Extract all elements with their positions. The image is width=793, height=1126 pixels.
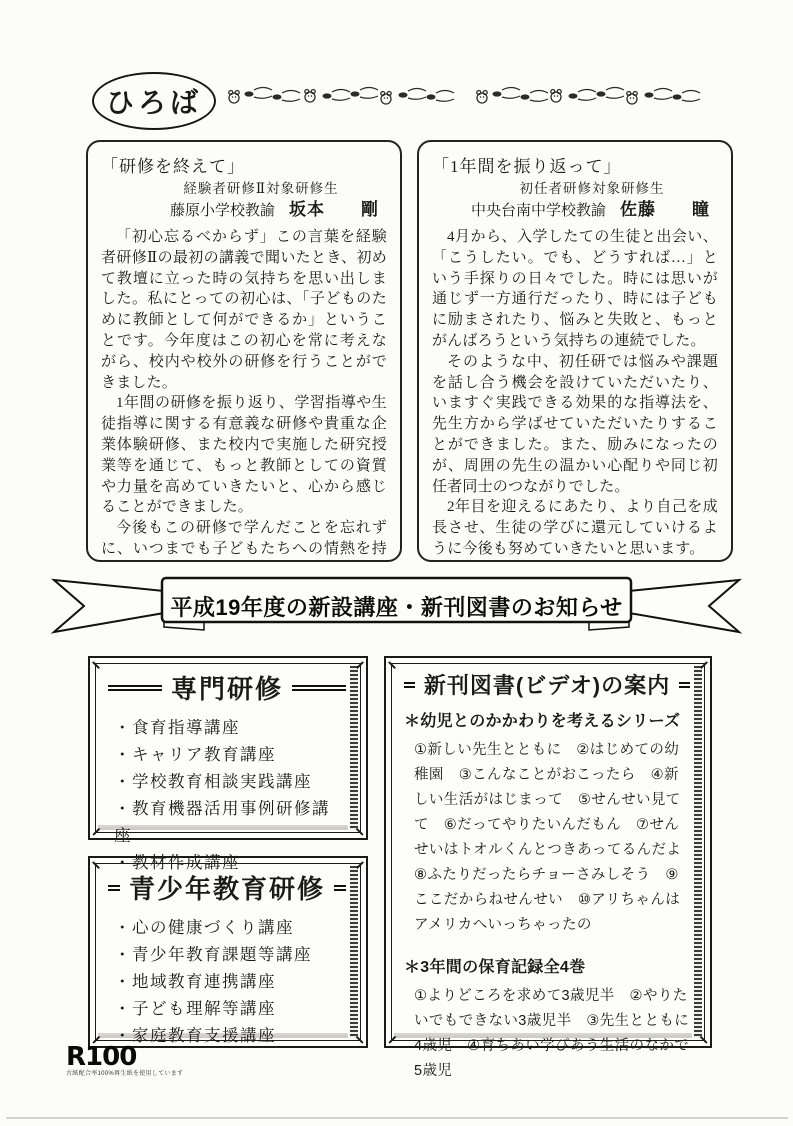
essay-card-year-review: 「1年間を振り返って」 初任者研修対象研修生 中央台南中学校教諭 佐藤 瞳 4月… (417, 140, 733, 562)
course-box-youth-education: 青少年教育研修 ・心の健康づくり講座 ・青少年教育課題等講座 ・地域教育連携講座… (88, 856, 368, 1048)
essay-body: 4月から、入学したての生徒と出会い、「こうしたい。でも、どうすれば…」という手探… (432, 227, 718, 560)
course-list-item: ・教育機器活用事例研修講座 (114, 795, 346, 849)
essay-byline-role: 藤原小学校教諭 (170, 203, 275, 219)
title-rule (292, 685, 346, 691)
title-rule (108, 685, 162, 691)
course-list-item: ・キャリア教育講座 (114, 741, 346, 768)
book-series-heading: ＊幼児とのかかわりを考えるシリーズ (404, 710, 690, 734)
page-title-text: ひろば (106, 81, 202, 121)
essay-paragraph: 2年目を迎えるにあたり、より自己を成長させ、生徒の学びに還元していけるように今後… (432, 497, 718, 559)
course-list-item: ・心の健康づくり講座 (114, 914, 346, 941)
recycle-caption: 古紙配合率100%再生紙を使用しています (66, 1071, 183, 1077)
books-box-title: 新刊図書(ビデオ)の案内 (424, 669, 670, 700)
course-list-item: ・食育指導講座 (114, 714, 346, 741)
title-rule (334, 885, 346, 891)
book-series-heading: ＊3年間の保育記録全4巻 (404, 956, 690, 980)
course-list: ・心の健康づくり講座 ・青少年教育課題等講座 ・地域教育連携講座 ・子ども理解等… (108, 914, 346, 1049)
essay-paragraph: 1年間の研修を振り返り、学習指導や生徒指導に関する有意義な研修や貴重な企業体験研… (101, 393, 387, 518)
book-series-body: ①よりどころを求めて3歳児半 ②やりたいでもできない3歳児半 ③先生とともに4歳… (404, 984, 690, 1084)
essay-title: 「1年間を振り返って」 (432, 152, 718, 177)
title-rule (108, 885, 120, 891)
title-rule (404, 682, 415, 688)
essay-body: 「初心忘るべからず」この言葉を経験者研修Ⅱの最初の講義で聞いたとき、初めて教壇に… (101, 227, 387, 562)
course-box-title: 専門研修 (171, 669, 283, 706)
course-list-item: ・青少年教育課題等講座 (114, 941, 346, 968)
newsletter-page: ひろば 「研修を終えて」 経験者研修Ⅱ対象研修生 (0, 0, 793, 1126)
course-list-item: ・家庭教育支援講座 (114, 1022, 346, 1049)
books-box-title-row: 新刊図書(ビデオ)の案内 (404, 669, 690, 700)
announcement-banner: 平成19年度の新設講座・新刊図書のお知らせ (50, 570, 743, 642)
course-box-title-row: 専門研修 (108, 669, 346, 706)
essay-byline-name: 佐藤 瞳 (620, 200, 710, 219)
scan-artifact-line (6, 1117, 788, 1119)
course-box-title: 青少年教育研修 (129, 869, 325, 906)
book-series: ＊幼児とのかかわりを考えるシリーズ ①新しい先生とともに ②はじめての幼稚園 ③… (404, 710, 690, 938)
essay-paragraph: 「初心忘るべからず」この言葉を経験者研修Ⅱの最初の講義で聞いたとき、初めて教壇に… (101, 227, 387, 393)
essay-byline-group: 初任者研修対象研修生 (432, 180, 718, 198)
title-rule (679, 682, 690, 688)
course-list: ・食育指導講座 ・キャリア教育講座 ・学校教育相談実践講座 ・教育機器活用事例研… (108, 714, 346, 876)
page-title: ひろば (92, 72, 216, 130)
essay-paragraph: 今後もこの研修で学んだことを忘れずに、いつまでも子どもたちへの情熱を持ち続けるこ… (101, 518, 387, 562)
essay-byline-name: 坂本 剛 (289, 200, 379, 219)
book-series: ＊3年間の保育記録全4巻 ①よりどころを求めて3歳児半 ②やりたいでもできない3… (404, 956, 690, 1084)
course-list-item: ・地域教育連携講座 (114, 968, 346, 995)
course-box-specialized-training: 専門研修 ・食育指導講座 ・キャリア教育講座 ・学校教育相談実践講座 ・教育機器… (88, 656, 368, 840)
essay-byline: 藤原小学校教諭 坂本 剛 (101, 199, 387, 222)
essay-byline: 中央台南中学校教諭 佐藤 瞳 (432, 199, 718, 222)
course-list-item: ・学校教育相談実践講座 (114, 768, 346, 795)
books-box-new-publications: 新刊図書(ビデオ)の案内 ＊幼児とのかかわりを考えるシリーズ ①新しい先生ととも… (384, 656, 712, 1048)
essay-card-training-complete: 「研修を終えて」 経験者研修Ⅱ対象研修生 藤原小学校教諭 坂本 剛 「初心忘るべ… (86, 140, 402, 562)
running-animals-border-icon (228, 80, 703, 110)
book-series-body: ①新しい先生とともに ②はじめての幼稚園 ③こんなことがおこったら ④新しい生活… (404, 738, 690, 938)
essay-title: 「研修を終えて」 (101, 152, 387, 177)
essay-paragraph: そのような中、初任研では悩みや課題を話し合う機会を設けていただいたり、いますぐ実… (432, 352, 718, 498)
essay-byline-role: 中央台南中学校教諭 (471, 203, 606, 219)
course-box-title-row: 青少年教育研修 (108, 869, 346, 906)
essay-paragraph: 4月から、入学したての生徒と出会い、「こうしたい。でも、どうすれば…」という手探… (432, 227, 718, 352)
banner-title: 平成19年度の新設講座・新刊図書のお知らせ (168, 591, 625, 622)
essay-byline-group: 経験者研修Ⅱ対象研修生 (101, 180, 387, 198)
course-list-item: ・子ども理解等講座 (114, 995, 346, 1022)
